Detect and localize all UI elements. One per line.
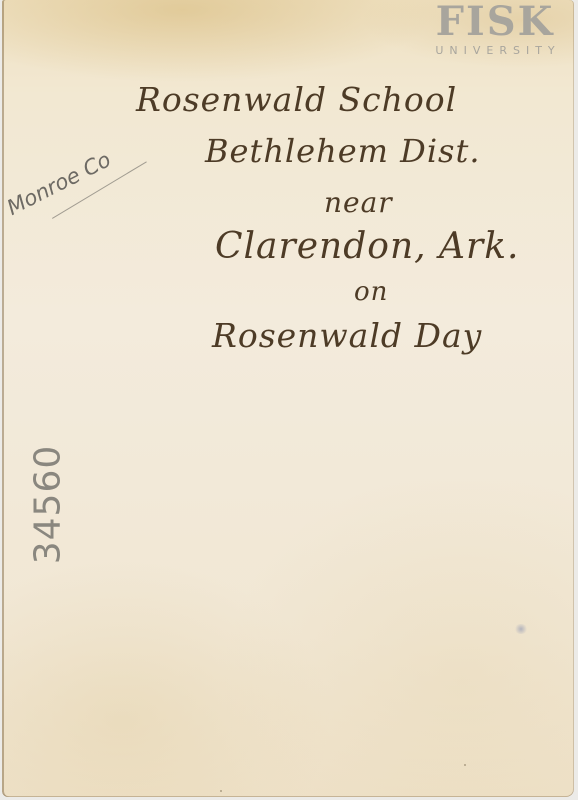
inscription-line-near: near — [324, 186, 393, 219]
catalog-number: 34560 — [27, 445, 68, 565]
inscription-line-location: Clarendon, Ark. — [215, 226, 519, 267]
paper-speck — [220, 790, 222, 792]
fisk-university-watermark: FISK UNIVERSITY — [420, 2, 570, 57]
ink-smudge — [514, 624, 528, 634]
watermark-subtitle: UNIVERSITY — [420, 44, 570, 57]
paper-speck — [464, 764, 466, 766]
inscription-line-on: on — [354, 277, 388, 307]
photo-card-back: FISK UNIVERSITY Rosenwald School Bethleh… — [2, 0, 574, 797]
inscription-line-occasion: Rosenwald Day — [212, 316, 482, 355]
scan-background: FISK UNIVERSITY Rosenwald School Bethleh… — [0, 0, 578, 800]
inscription-line-school: Rosenwald School — [136, 80, 457, 119]
paper-speck — [322, 150, 324, 152]
watermark-name: FISK — [420, 2, 570, 42]
county-annotation: Monroe Co — [3, 147, 114, 220]
inscription-line-district: Bethlehem Dist. — [205, 132, 481, 170]
